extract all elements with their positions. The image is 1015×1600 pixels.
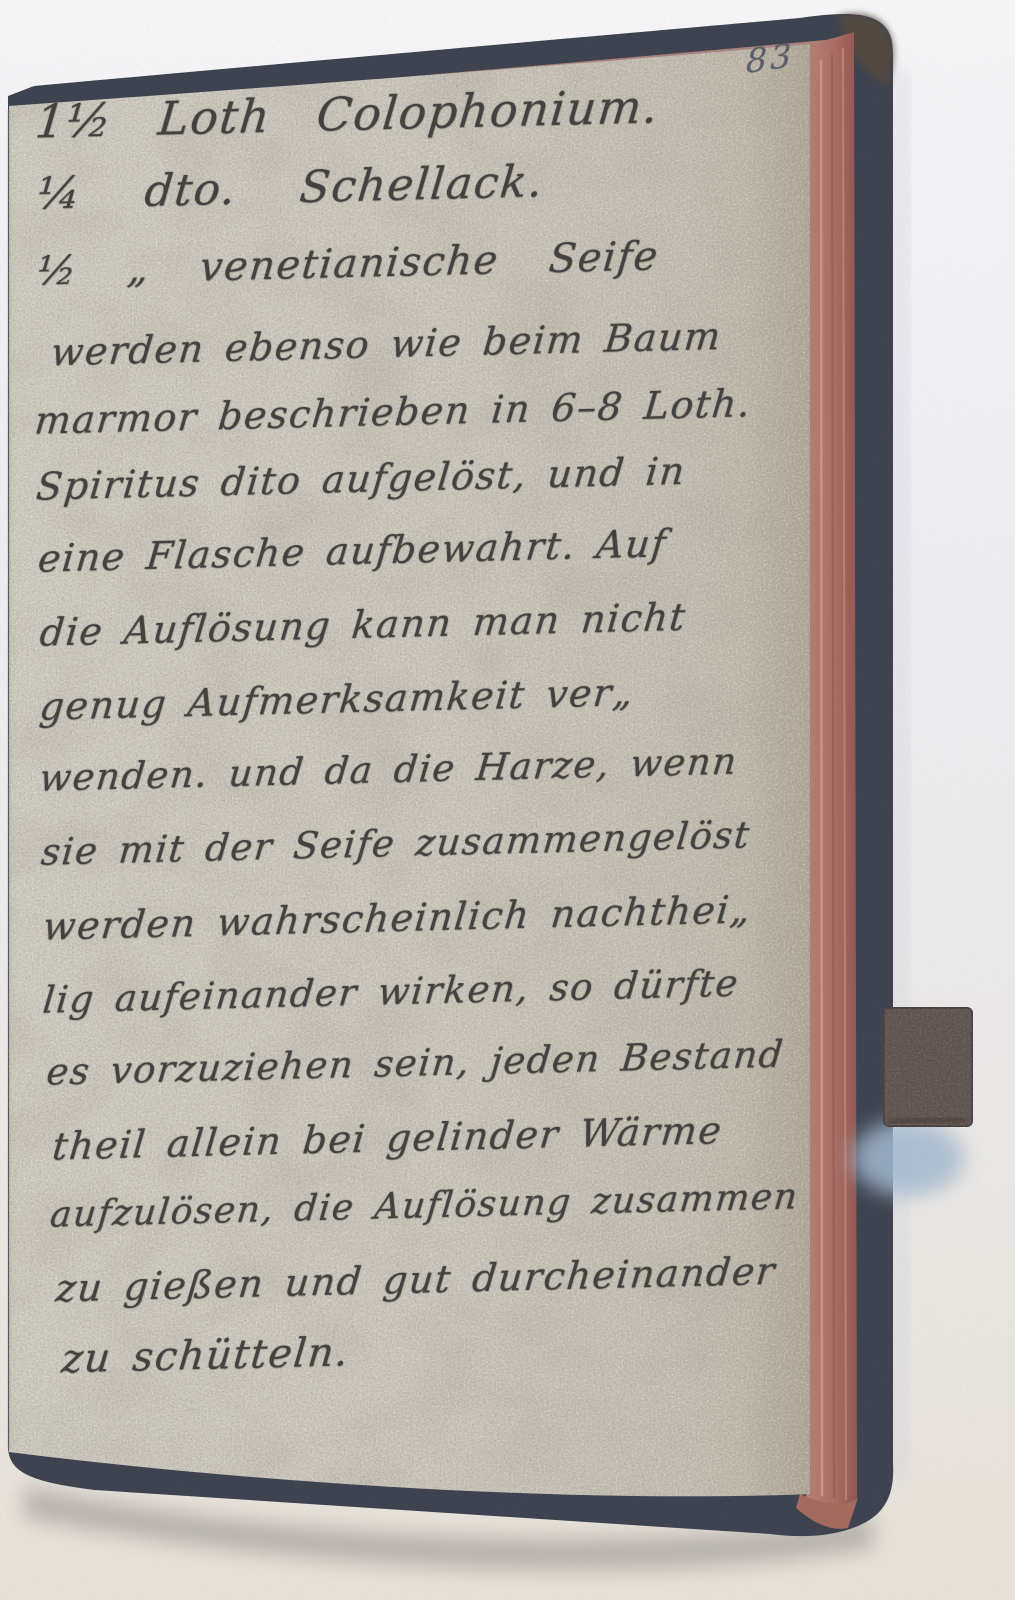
photo-of-manuscript: { "colors": { "background": "#ededf3", "… — [0, 0, 1015, 1600]
photo-scene — [0, 0, 1015, 1600]
photo-grain — [0, 0, 1015, 1600]
